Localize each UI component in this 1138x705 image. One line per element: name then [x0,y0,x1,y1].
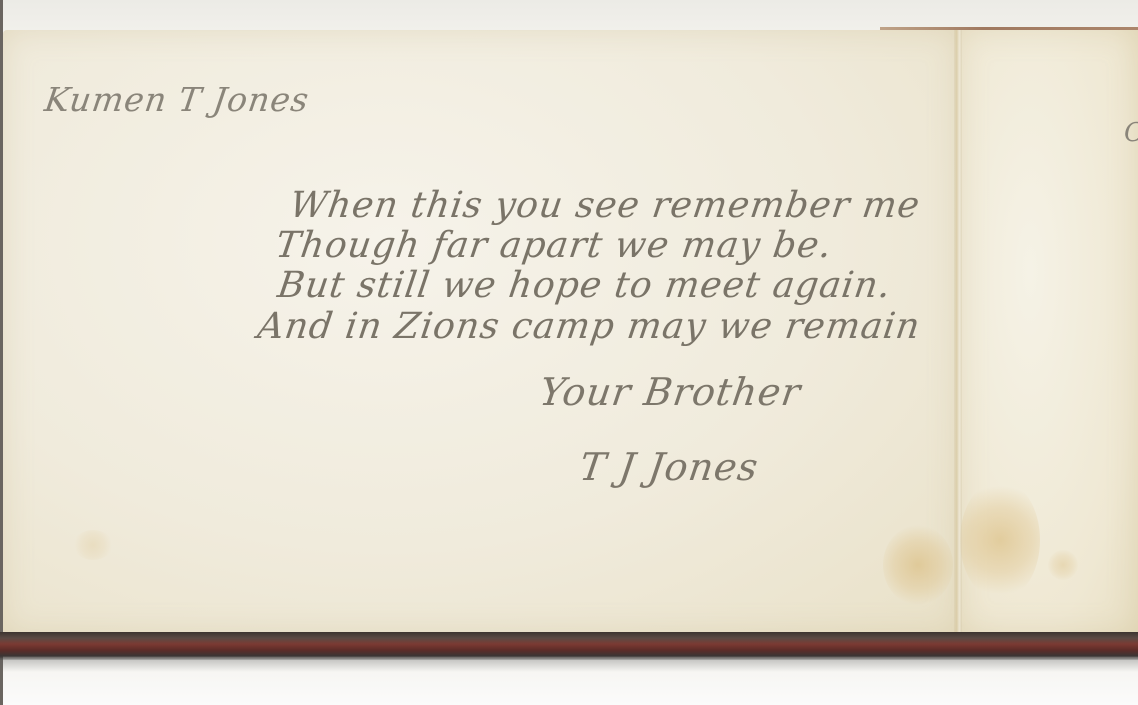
foxing-stain [883,525,953,605]
foxing-stain [960,480,1040,600]
foxing-stain [1048,550,1078,580]
binding-shadow [0,658,1138,672]
verse-line: Though far apart we may be. [273,225,835,266]
foxing-stain [73,530,113,560]
book-binding [0,632,1138,660]
verse-line: And in Zions camp may we remain [255,306,923,347]
right-album-page [958,30,1138,634]
page-gutter [954,30,962,634]
closing-salutation: Your Brother [537,370,804,414]
verse-line: When this you see remember me [287,185,923,226]
right-page-mark: C [1124,118,1138,148]
signature: T J Jones [577,445,761,489]
recipient-name: Kumen T Jones [42,80,312,119]
verse-line: But still we hope to meet again. [275,265,894,306]
